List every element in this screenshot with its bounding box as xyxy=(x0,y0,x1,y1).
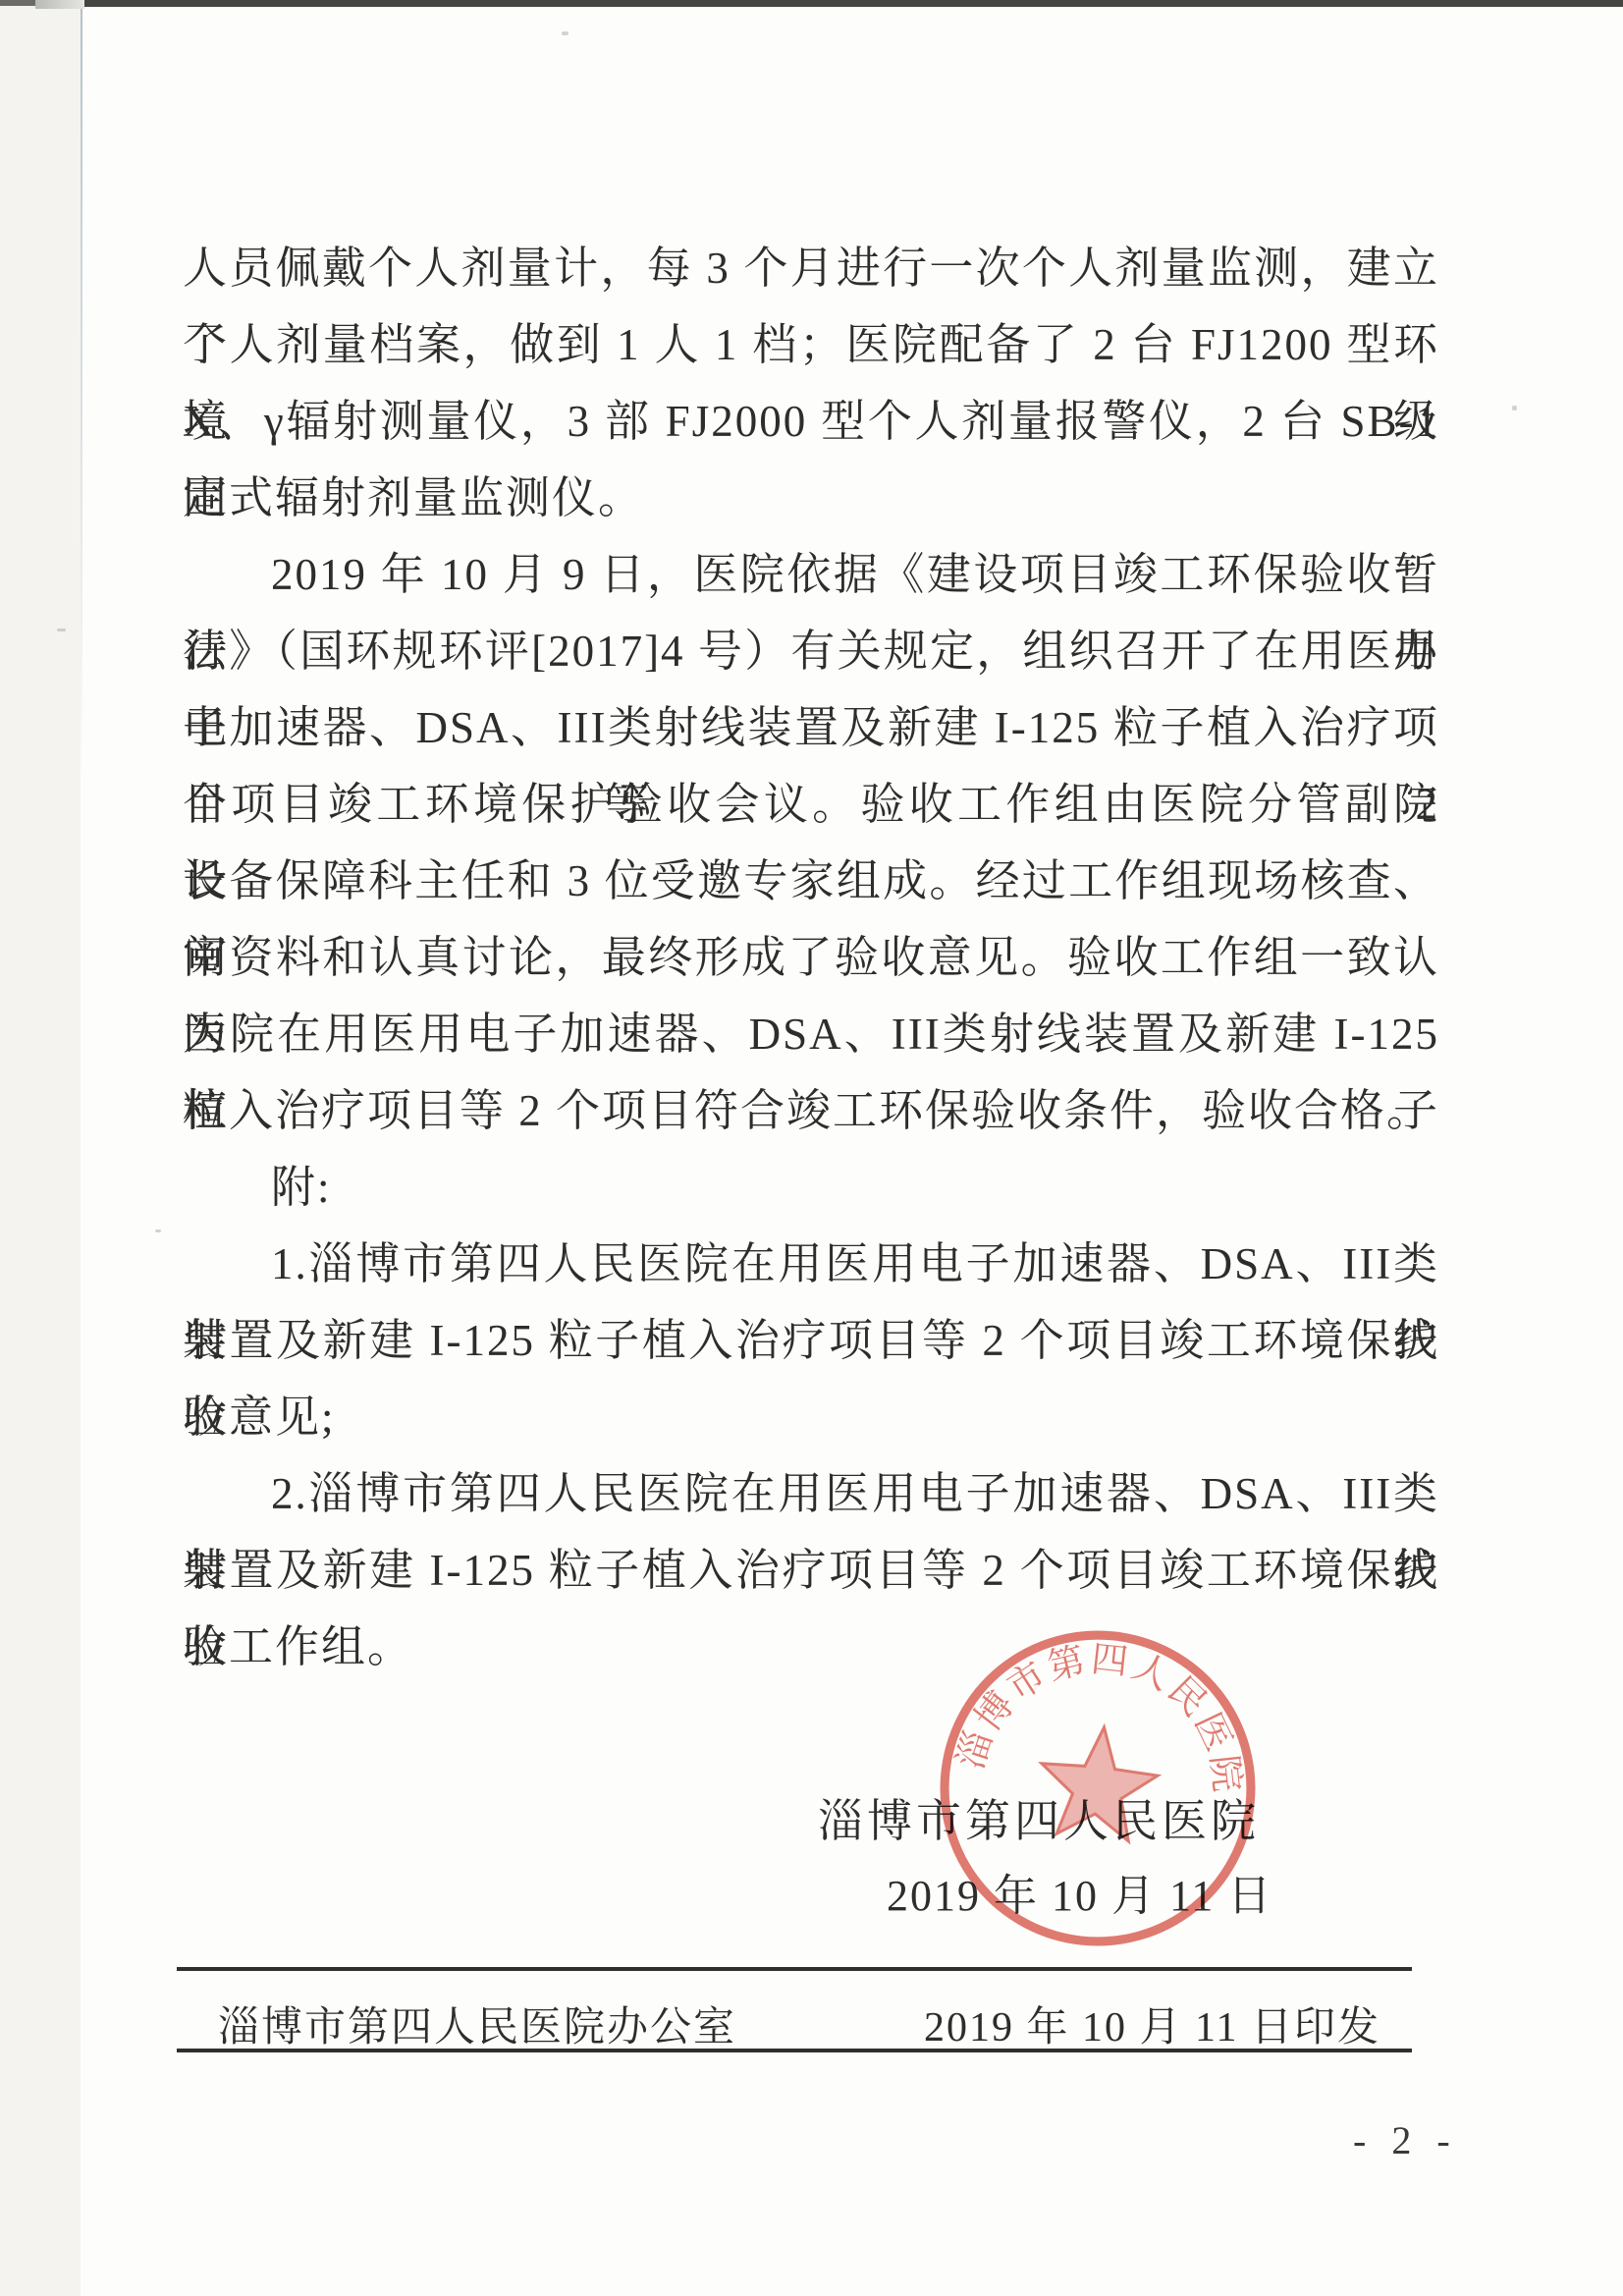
body-line: 法》（国环规环评[2017]4 号）有关规定，组织召开了在用医用电 xyxy=(183,613,1439,689)
footer-office: 淄博市第四人民医院办公室 xyxy=(218,1995,736,2053)
body-line: 医院在用医用电子加速器、DSA、III类射线装置及新建 I-125 粒子 xyxy=(183,996,1439,1072)
body-line: 阅资料和认真讨论，最终形成了验收意见。验收工作组一致认为 xyxy=(183,919,1439,996)
footer-row: 淄博市第四人民医院办公室 2019 年 10 月 11 日印发 xyxy=(183,1999,1412,2049)
body-line: 装置及新建 I-125 粒子植入治疗项目等 2 个项目竣工环境保护验 xyxy=(183,1532,1439,1609)
body-line: 个项目竣工环境保护验收会议。验收工作组由医院分管副院长、 xyxy=(183,766,1439,843)
body-line: 个人剂量档案，做到 1 人 1 档；医院配备了 2 台 FJ1200 型环境级 xyxy=(183,306,1439,383)
scan-speck xyxy=(1512,406,1517,410)
body-line: 人员佩戴个人剂量计，每 3 个月进行一次个人剂量监测，建立了 xyxy=(183,230,1439,306)
body-line: 定式辐射剂量监测仪。 xyxy=(183,460,1439,536)
body-line: 子加速器、DSA、III类射线装置及新建 I-125 粒子植入治疗项目等 2 xyxy=(183,689,1439,766)
body-line: 植入治疗项目等 2 个项目符合竣工环保验收条件，验收合格。 xyxy=(183,1072,1439,1149)
document-body: 人员佩戴个人剂量计，每 3 个月进行一次个人剂量监测，建立了 个人剂量档案，做到… xyxy=(183,230,1439,1685)
body-line: X、γ辐射测量仪，3 部 FJ2000 型个人剂量报警仪，2 台 SB-1 固 xyxy=(183,383,1439,460)
page-left-edge xyxy=(0,0,81,2296)
attachment-heading: 附: xyxy=(183,1149,1439,1226)
footer-divider-top xyxy=(177,1967,1412,1971)
page-corner-artifact xyxy=(35,0,84,9)
scanned-document-page: 人员佩戴个人剂量计，每 3 个月进行一次个人剂量监测，建立了 个人剂量档案，做到… xyxy=(0,0,1623,2296)
body-line: 装置及新建 I-125 粒子植入治疗项目等 2 个项目竣工环境保护验 xyxy=(183,1302,1439,1379)
page-number: - 2 - xyxy=(1353,2117,1458,2163)
scan-speck xyxy=(562,31,568,35)
footer-issue-date: 2019 年 10 月 11 日印发 xyxy=(924,1995,1380,2053)
seal-star-icon xyxy=(1035,1722,1163,1843)
scan-speck xyxy=(57,629,66,631)
footer-divider-bottom xyxy=(177,2049,1412,2052)
scan-line-artifact xyxy=(81,0,82,776)
body-line: 2019 年 10 月 9 日，医院依据《建设项目竣工环保验收暂行办 xyxy=(183,536,1439,613)
official-seal: 淄博市第四人民医院 xyxy=(919,1610,1277,1968)
scan-speck xyxy=(155,1230,161,1232)
body-line: 1.淄博市第四人民医院在用医用电子加速器、DSA、III类射线 xyxy=(183,1226,1439,1302)
page-corner-artifact xyxy=(0,0,35,6)
body-line: 2.淄博市第四人民医院在用医用电子加速器、DSA、III类射线 xyxy=(183,1455,1439,1532)
body-line: 设备保障科主任和 3 位受邀专家组成。经过工作组现场核查、审 xyxy=(183,843,1439,919)
body-line: 收意见; xyxy=(183,1379,1439,1455)
page-top-edge xyxy=(84,0,1623,7)
